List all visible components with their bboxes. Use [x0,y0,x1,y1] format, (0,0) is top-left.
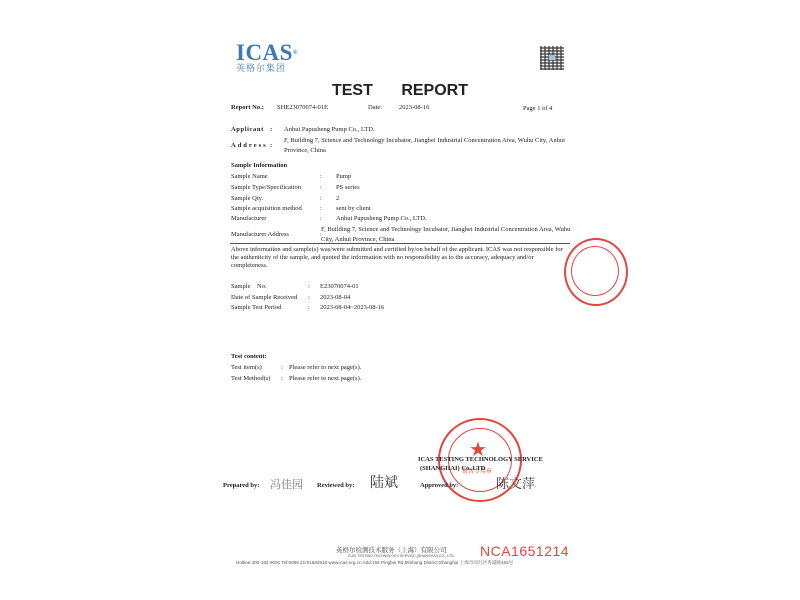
acquisition-value: sent by client [336,204,371,213]
qr-code-center [549,55,555,60]
prepared-by-label: Prepared by: [223,481,259,490]
sample-name-label: Sample Name [231,172,268,181]
sample-no-value: E23070074-01 [320,282,359,291]
manufacturer-address-line1: F, Building 7, Science and Technology In… [321,225,570,234]
sample-no-label: Sample No. [231,282,267,291]
report-title: TEST REPORT [0,82,800,100]
report-date: 2023-08-16 [399,103,429,112]
sample-qty-value: 2 [336,194,339,203]
test-period-label: Sample Test Period [231,303,281,312]
colon: : [320,204,322,213]
divider [230,243,570,244]
date-label: Date: [368,103,382,112]
footer-company-cn: 英格尔检测技术服务（上海）有限公司 [336,545,447,554]
logo-subtitle: 英格尔集团 [236,64,298,75]
icas-logo: ICAS® 英格尔集团 [236,42,298,75]
manufacturer-address-label: Manufacturer Address [231,230,289,239]
date-received-value: 2023-08-04 [320,293,350,302]
test-items-value: Please refer to next page(s). [289,363,361,372]
test-period-value: 2023-08-04~2023-08-16 [320,303,384,312]
page-number: Page 1 of 4 [523,104,552,113]
colon: : [320,172,322,181]
colon: : [320,194,322,203]
reviewed-by-label: Reviewed by: [317,481,354,490]
side-stamp-inner [571,246,619,296]
prepared-signature: 冯佳园 [270,476,303,492]
test-content-heading: Test content: [231,352,267,361]
reviewed-signature: 陆斌 [370,472,398,492]
colon: : [308,282,310,291]
address-colon: : [270,141,272,150]
manufacturer-value: Anhui Papusheng Pump Co., LTD. [336,214,427,223]
address-line2: Province, China [284,146,326,155]
approved-by-label: Approved by: [420,481,458,490]
applicant-label: Applicant [231,125,264,134]
test-methods-label: Test Method(s) [231,374,270,383]
acquisition-label: Sample acquisition method [231,204,302,213]
date-received-label: Date of Sample Received [231,293,297,302]
sample-name-value: Pump [336,172,351,181]
sample-type-value: PS series [336,183,360,192]
address-label: Address [231,141,268,150]
company-name-line1: ICAS TESTING TECHNOLOGY SERVICE [418,455,543,464]
footer-company-en: ICAS TESTING TECHNOLOGY SERVICE (SHANGHA… [348,554,454,558]
manufacturer-label: Manufacturer [231,214,266,223]
nca-number: NCA1651214 [480,543,569,559]
disclaimer-line3: completeness. [231,261,268,270]
registered-mark: ® [293,50,298,56]
address-line1: F, Building 7, Science and Technology In… [284,136,565,145]
colon: : [308,293,310,302]
sample-type-label: Sample Type/Specification [231,183,301,192]
test-methods-value: Please refer to next page(s). [289,374,361,383]
applicant-value: Anhui Papusheng Pump Co., LTD. [284,125,375,134]
test-items-label: Test item(s) [231,363,262,372]
colon: : [281,363,283,372]
approved-signature: 陈文萍 [496,473,535,492]
footer-contact: Hotline:400-182-9001 Tel:0086 21-5168291… [236,560,513,566]
colon: : [320,183,322,192]
applicant-colon: : [270,125,272,134]
sample-qty-label: Sample Qty. [231,194,263,203]
colon: : [320,214,322,223]
sample-info-heading: Sample Information [231,161,287,170]
report-no-label: Report No.: [231,103,264,112]
colon: : [281,374,283,383]
disclaimer-line2: the authenticity of the sample, and quot… [231,253,534,262]
logo-text: ICAS [236,40,293,65]
colon: : [308,303,310,312]
company-name-line2: (SHANGHAI) Co.,LTD [420,464,485,473]
report-no: SHE23070074-01E [277,103,328,112]
